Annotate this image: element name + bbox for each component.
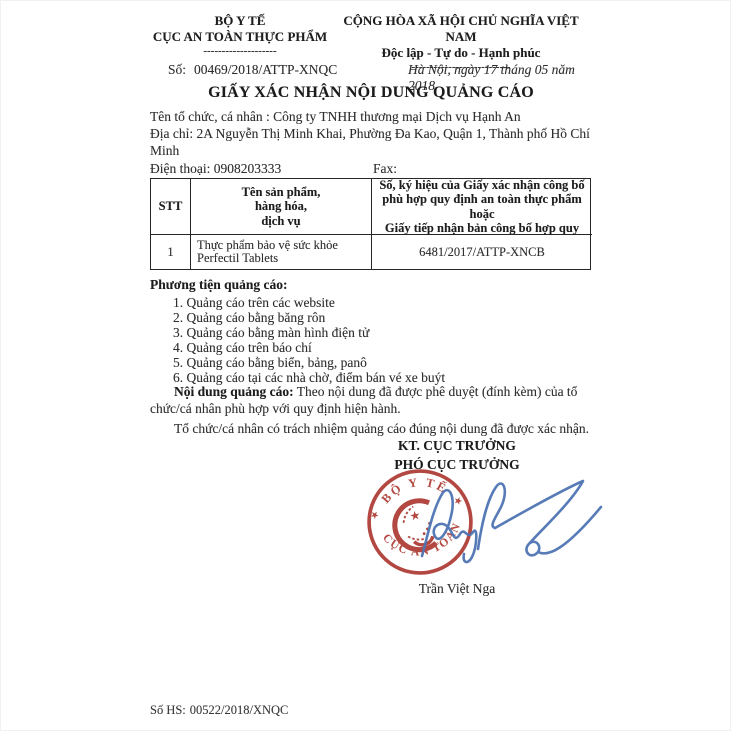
table-row-certificate: 6481/2017/ATTP-XNCB xyxy=(372,235,592,269)
table-header-certificate: Số, ký hiệu của Giấy xác nhận công bố ph… xyxy=(372,179,592,235)
national-motto: Độc lập - Tự do - Hạnh phúc xyxy=(330,45,592,61)
media-section-heading: Phương tiện quảng cáo: xyxy=(150,277,287,293)
org-name-line: Tên tổ chức, cá nhân : Công ty TNHH thươ… xyxy=(150,108,596,125)
department-name: CỤC AN TOÀN THỰC PHẨM xyxy=(150,29,330,45)
file-number-label: Số HS: xyxy=(150,703,186,717)
table-header-product: Tên sản phẩm, hàng hóa, dịch vụ xyxy=(191,179,372,235)
file-number-line: Số HS:00522/2018/XNQC xyxy=(150,703,288,718)
phone-fax-line: Điện thoại: 0908203333 Fax: xyxy=(150,160,596,177)
table-row-index: 1 xyxy=(151,235,191,269)
file-number-value: 00522/2018/XNQC xyxy=(190,703,289,717)
document-number-label: Số: xyxy=(168,62,186,77)
ministry-name: BỘ Y TẾ xyxy=(150,13,330,29)
media-item: 2. Quảng cáo bằng băng rôn xyxy=(173,311,573,326)
document-number-value: 00469/2018/ATTP-XNQC xyxy=(194,62,337,77)
products-table: STT Tên sản phẩm, hàng hóa, dịch vụ Số, … xyxy=(150,178,591,270)
responsibility-paragraph: Tổ chức/cá nhân có trách nhiệm quảng cáo… xyxy=(150,421,594,438)
media-item: 1. Quảng cáo trên các website xyxy=(173,296,573,311)
content-section: Nội dung quảng cáo: Theo nội dung đã đượ… xyxy=(150,384,594,437)
national-title: CỘNG HÒA XÃ HỘI CHỦ NGHĨA VIỆT NAM xyxy=(330,13,592,45)
issuing-authority-block: BỘ Y TẾ CỤC AN TOÀN THỰC PHẨM ----------… xyxy=(150,13,330,57)
media-item: 5. Quảng cáo bằng biển, bảng, panô xyxy=(173,356,573,371)
handwritten-signature xyxy=(415,477,607,573)
certificate-document: BỘ Y TẾ CỤC AN TOÀN THỰC PHẨM ----------… xyxy=(0,0,731,731)
media-item: 4. Quảng cáo trên báo chí xyxy=(173,341,573,356)
table-header-stt: STT xyxy=(151,179,191,235)
document-number: Số:00469/2018/ATTP-XNQC xyxy=(168,62,337,78)
media-item: 3. Quảng cáo bằng màn hình điện tử xyxy=(173,326,573,341)
phone-line: Điện thoại: 0908203333 xyxy=(150,161,281,176)
org-info-block: Tên tổ chức, cá nhân : Công ty TNHH thươ… xyxy=(150,108,596,177)
ad-content-label: Nội dung quảng cáo: xyxy=(174,384,294,399)
signatory-title-kt: KT. CỤC TRƯỞNG xyxy=(307,436,607,455)
ad-content-paragraph: Nội dung quảng cáo: Theo nội dung đã đượ… xyxy=(150,384,594,418)
phone-value: 0908203333 xyxy=(214,161,282,176)
number-date-row: Số:00469/2018/ATTP-XNQC Hà Nội, ngày 17 … xyxy=(150,62,592,78)
left-divider-dashes: -------------------- xyxy=(150,45,330,57)
fax-label: Fax: xyxy=(373,160,397,177)
document-title: GIẤY XÁC NHẬN NỘI DUNG QUẢNG CÁO xyxy=(150,84,592,102)
phone-label: Điện thoại: xyxy=(150,161,210,176)
signer-name: Trần Việt Nga xyxy=(307,581,607,597)
media-list: 1. Quảng cáo trên các website 2. Quảng c… xyxy=(173,296,573,385)
address-line: Địa chỉ: 2A Nguyễn Thị Minh Khai, Phường… xyxy=(150,125,596,159)
table-row-product: Thực phẩm bảo vệ sức khỏe Perfectil Tabl… xyxy=(191,235,372,269)
